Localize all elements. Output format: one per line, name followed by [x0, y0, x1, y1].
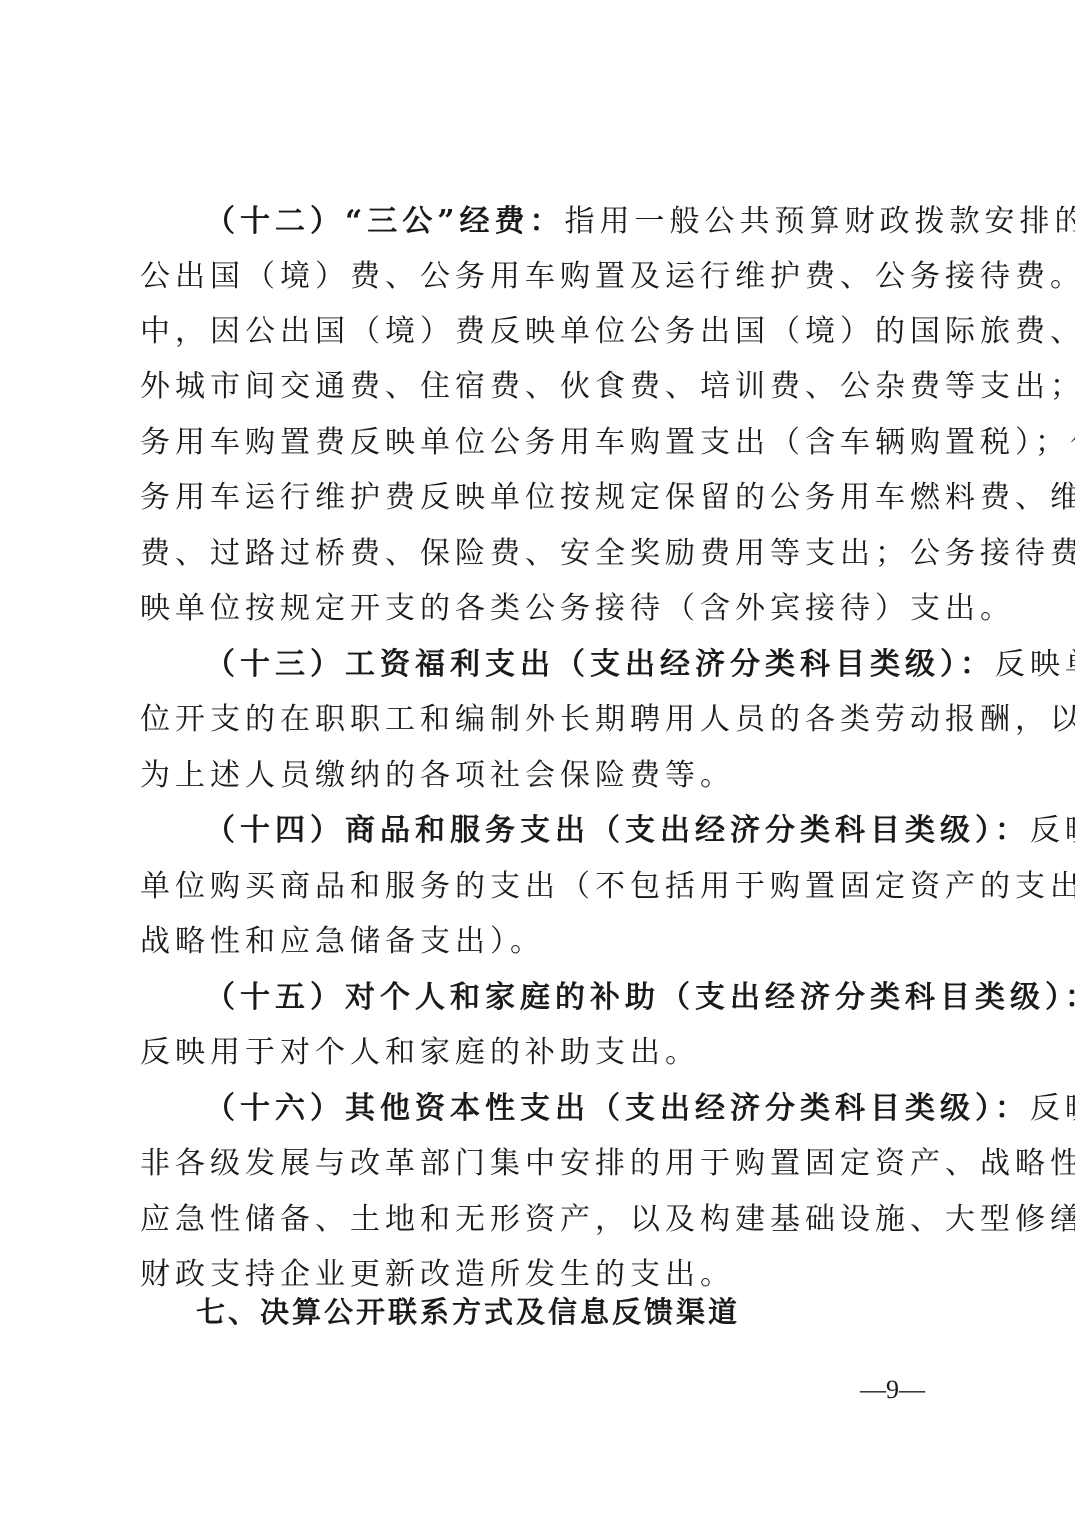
paragraph-12-line-5: 务用车购置费反映单位公务用车购置支出（含车辆购置税）；公	[140, 423, 940, 463]
paragraph-14-line-2: 单位购买商品和服务的支出（不包括用于购置固定资产的支出、	[140, 867, 940, 907]
paragraph-12-line-6: 务用车运行维护费反映单位按规定保留的公务用车燃料费、维修	[140, 478, 940, 518]
page-number: —9—	[860, 1375, 925, 1405]
paragraph-12-line-7: 费、过路过桥费、保险费、安全奖励费用等支出；公务接待费反	[140, 534, 940, 574]
paragraph-15-line-2: 反映用于对个人和家庭的补助支出。	[140, 1033, 940, 1073]
paragraph-16-lead: （十六）其他资本性支出（支出经济分类科目类级）：	[205, 1091, 1030, 1126]
section-heading: 七、决算公开联系方式及信息反馈渠道	[196, 1292, 740, 1332]
paragraph-12-lead: （十二）“三公”经费：	[205, 204, 565, 239]
paragraph-16-line-2: 非各级发展与改革部门集中安排的用于购置固定资产、战略性和	[140, 1144, 940, 1184]
paragraph-16-line-4: 财政支持企业更新改造所发生的支出。	[140, 1255, 940, 1295]
paragraph-13-line-2: 位开支的在职职工和编制外长期聘用人员的各类劳动报酬，以及	[140, 700, 940, 740]
paragraph-13-line-1: （十三）工资福利支出（支出经济分类科目类级）：反映单	[205, 645, 1005, 685]
paragraph-14-line-1: （十四）商品和服务支出（支出经济分类科目类级）：反映	[205, 811, 1005, 851]
paragraph-12-line-8: 映单位按规定开支的各类公务接待（含外宾接待）支出。	[140, 589, 940, 629]
paragraph-16-line-1: （十六）其他资本性支出（支出经济分类科目类级）：反映	[205, 1089, 1005, 1129]
paragraph-12-line-4: 外城市间交通费、住宿费、伙食费、培训费、公杂费等支出；公	[140, 367, 940, 407]
paragraph-14-lead: （十四）商品和服务支出（支出经济分类科目类级）：	[205, 813, 1030, 848]
paragraph-15-line-1: （十五）对个人和家庭的补助（支出经济分类科目类级）：	[205, 978, 1005, 1018]
document-page: （十二）“三公”经费：指用一般公共预算财政拨款安排的因 公出国（境）费、公务用车…	[0, 0, 1075, 1520]
paragraph-13-lead: （十三）工资福利支出（支出经济分类科目类级）：	[205, 647, 995, 682]
paragraph-14-line-3: 战略性和应急储备支出）。	[140, 922, 940, 962]
paragraph-13-line-3: 为上述人员缴纳的各项社会保险费等。	[140, 756, 940, 796]
paragraph-15-lead: （十五）对个人和家庭的补助（支出经济分类科目类级）：	[205, 980, 1075, 1015]
paragraph-12-line-3: 中，因公出国（境）费反映单位公务出国（境）的国际旅费、国	[140, 312, 940, 352]
paragraph-12-line-1: （十二）“三公”经费：指用一般公共预算财政拨款安排的因	[205, 202, 1005, 242]
paragraph-16-line-3: 应急性储备、土地和无形资产，以及构建基础设施、大型修缮和	[140, 1200, 940, 1240]
paragraph-12-line-2: 公出国（境）费、公务用车购置及运行维护费、公务接待费。其	[140, 257, 940, 297]
